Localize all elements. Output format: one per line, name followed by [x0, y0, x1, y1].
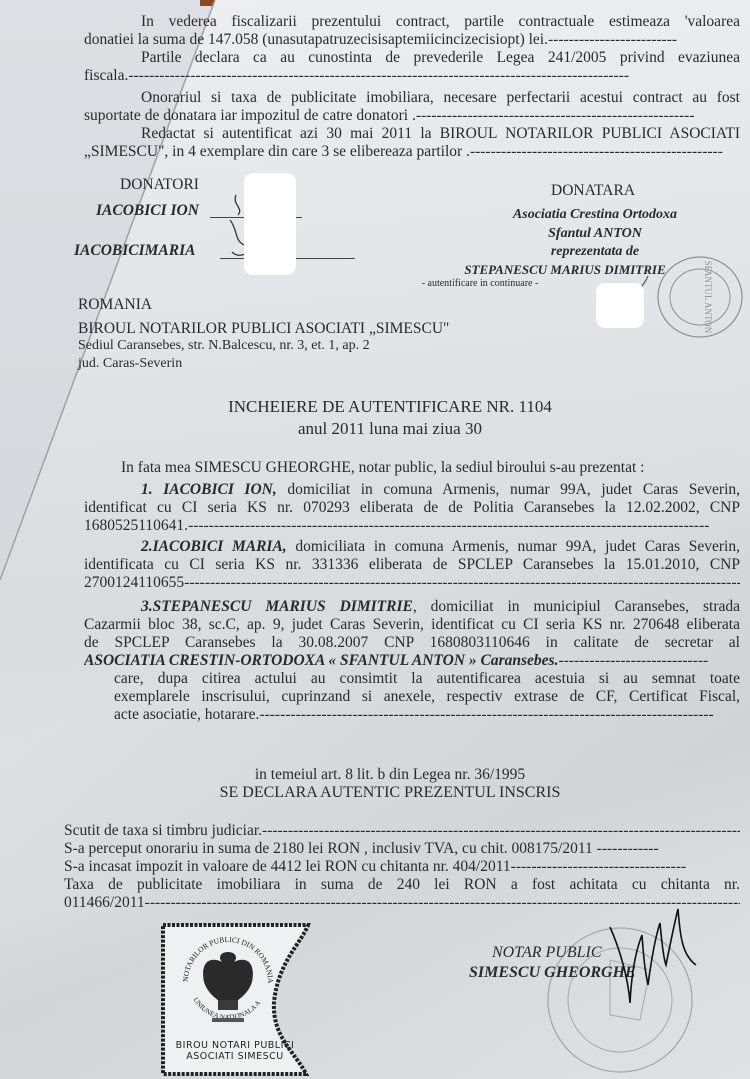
party-3-line1: 3.STEPANESCU MARIUS DIMITRIE, domiciliat…: [84, 598, 740, 616]
donor-1-name: IACOBICI ION: [96, 202, 199, 220]
party-3-line2: Cazarmii bloc 38, sc.C, ap. 9, judet Car…: [84, 616, 740, 634]
office-name: BIROUL NOTARILOR PUBLICI ASOCIATI „SIMES…: [78, 320, 449, 338]
evasion-law-line2: fiscala.--------------------------------…: [84, 67, 740, 85]
contract-closing: In vederea fiscalizarii prezentului cont…: [84, 13, 740, 161]
fiscal-estimate-line2: donatiei la suma de 147.058 (unasutapatr…: [84, 31, 740, 49]
consent-line3: acte asociatie, hotarare.---------------…: [84, 706, 740, 724]
party-2-line1: 2.IACOBICI MARIA, domiciliata in comuna …: [84, 538, 740, 556]
party-3-line3: de SPCLEP Caransebes la 30.08.2007 CNP 1…: [84, 634, 740, 652]
conclusion-date: anul 2011 luna mai ziua 30: [150, 420, 630, 438]
donee-line2: Sfantul ANTON: [470, 225, 720, 243]
legal-basis: in temeiul art. 8 lit. b din Legea nr. 3…: [150, 766, 630, 784]
consent-line2: exemplarele inscrisului, cuprinzand si a…: [84, 688, 740, 706]
seal-line1: BIROU NOTARI PUBLICI: [166, 1040, 304, 1051]
association-stamp: SFANTUL ANTON: [652, 252, 747, 342]
fill-dashes: -------------------------: [548, 31, 677, 48]
notary-signature: [600, 905, 700, 1015]
fees-section: Scutit de taxa si timbru judiciar.------…: [64, 822, 740, 912]
parties-section: In fata mea SIMESCU GHEORGHE, notar publ…: [84, 459, 740, 724]
donor-2-name: IACOBICIMARIA: [74, 242, 195, 260]
notary-title: NOTAR PUBLIC: [492, 944, 601, 962]
office-country: ROMANIA: [78, 296, 152, 314]
party-3-line4: ASOCIATIA CRESTIN-ORTODOXA « SFANTUL ANT…: [84, 652, 740, 670]
party-2-line2: identificata cu CI seria KS nr. 331336 e…: [84, 556, 740, 574]
donors-heading: DONATORI: [120, 176, 199, 194]
party-2-line3: 2700124110655---------------------------…: [84, 574, 740, 592]
drafted-line1: Redactat si autentificat azi 30 mai 2011…: [84, 125, 740, 143]
fee-publicity-line1: Taxa de publicitate imobiliara in suma d…: [64, 876, 740, 894]
donee-line1: Asociatia Crestina Ortodoxa: [470, 206, 720, 224]
fee-notary: S-a perceput onorariu in suma de 2180 le…: [64, 840, 740, 858]
redaction-box: [596, 283, 644, 328]
notary-office-seal: NOTARILOR PUBLICI DIN ROMANIA UNIUNEA NA…: [160, 922, 312, 1077]
authenticity-declaration: SE DECLARA AUTENTIC PREZENTUL INSCRIS: [150, 784, 630, 802]
intro-line: In fata mea SIMESCU GHEORGHE, notar publ…: [84, 459, 740, 477]
seal-line2: ASOCIATI SIMESCU: [166, 1051, 304, 1062]
fees-paragraph-line1: Onorariul si taxa de publicitate imobili…: [84, 89, 740, 107]
office-county: jud. Caras-Severin: [78, 355, 182, 373]
party-1-line3: 1680525110641.--------------------------…: [84, 517, 740, 535]
consent-line1: care, dupa citirea actului au consimtit …: [84, 670, 740, 688]
party-1-line1: 1. IACOBICI ION, domiciliat in comuna Ar…: [84, 481, 740, 499]
conclusion-title: INCHEIERE DE AUTENTIFICARE NR. 1104: [150, 398, 630, 416]
svg-text:SFANTUL ANTON: SFANTUL ANTON: [703, 261, 713, 334]
party-1-line2: identificat cu CI seria KS nr. 070293 el…: [84, 499, 740, 517]
office-address: Sediul Caransebes, str. N.Balcescu, nr. …: [78, 337, 370, 355]
fee-exemption: Scutit de taxa si timbru judiciar.------…: [64, 822, 740, 840]
continuation-note: - autentificare in continuare -: [390, 278, 570, 290]
redaction-box: [244, 173, 296, 275]
fiscal-estimate-line1: In vederea fiscalizarii prezentului cont…: [84, 13, 740, 31]
donee-heading: DONATARA: [551, 182, 635, 200]
drafted-line2: „SIMESCU", in 4 exemplare din care 3 se …: [84, 143, 740, 161]
fee-tax: S-a incasat impozit in valoare de 4412 l…: [64, 858, 740, 876]
evasion-law-line1: Partile declara ca au cunostinta de prev…: [84, 49, 740, 67]
fees-paragraph-line2: suportate de donatara iar impozitul de c…: [84, 107, 740, 125]
